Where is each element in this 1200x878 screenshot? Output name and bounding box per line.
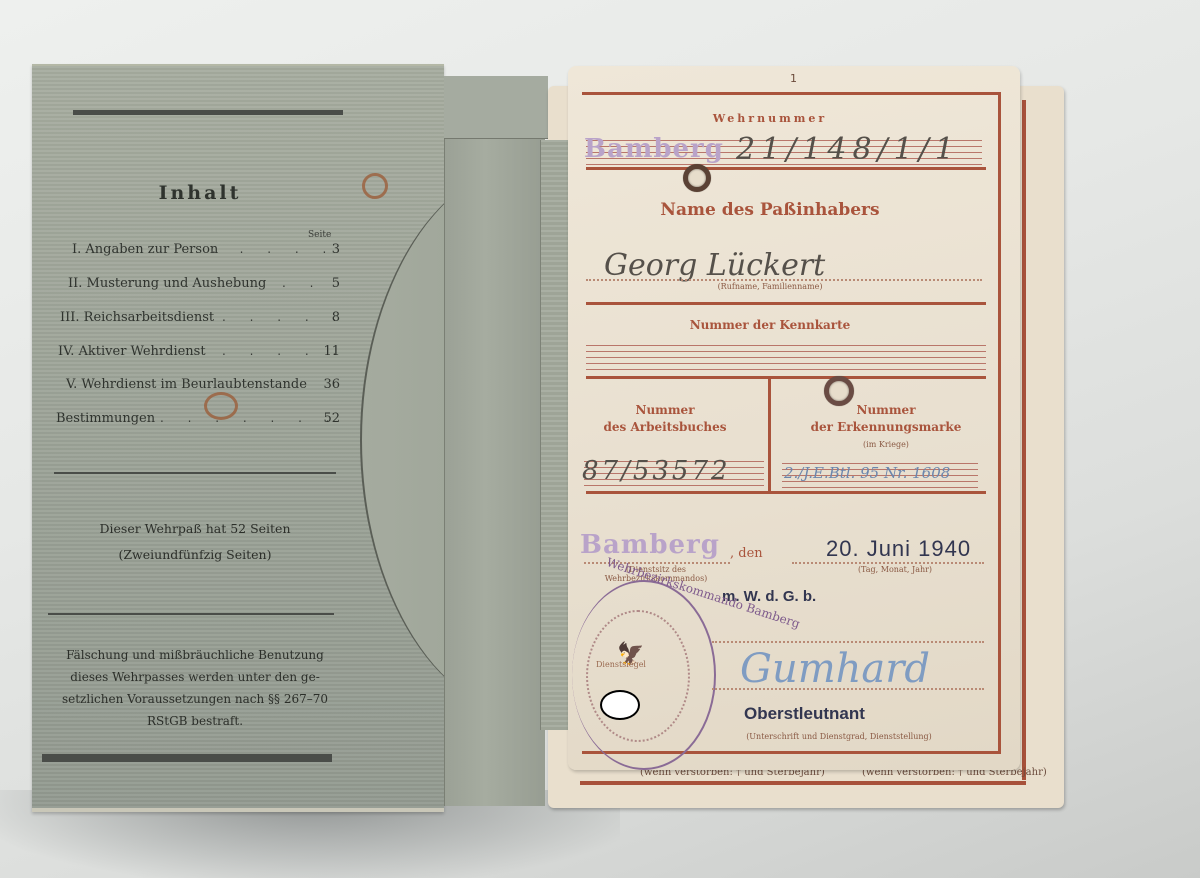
arbeitsbuch-label: Nummer des Arbeitsbuches — [590, 402, 740, 436]
divider-rule — [54, 472, 336, 474]
underlying-page-bottom-rule — [580, 781, 1026, 785]
official-seal-inner-ring — [586, 610, 690, 742]
warning-line3: setzlichen Voraussetzungen nach §§ 267–7… — [50, 688, 340, 710]
kennkarte-label: Nummer der Kennkarte — [660, 318, 880, 332]
toc-page-number: 5 — [310, 276, 340, 291]
eyelet-rivet — [683, 164, 711, 192]
arbeitsbuch-label-line2: des Arbeitsbuches — [590, 419, 740, 436]
rule — [586, 376, 986, 379]
arbeitsbuch-value: 87/53572 — [582, 456, 731, 486]
toc-page-number: 8 — [310, 310, 340, 325]
bottom-rule — [42, 754, 332, 762]
issued-place-stamp: Bamberg — [580, 530, 720, 560]
issued-date-value: 20. Juni 1940 — [826, 536, 971, 562]
erkennungsmarke-value: 2./J.E.Btl. 95 Nr. 1608 — [784, 464, 950, 482]
warning-line2: dieses Wehrpasses werden unter den ge- — [50, 666, 340, 688]
signature-caption: (Unterschrift und Dienstgrad, Dienststel… — [736, 732, 942, 741]
column-divider — [768, 378, 771, 494]
rule — [586, 491, 986, 494]
page-count-note-line2: (Zweiundfünfzig Seiten) — [50, 544, 340, 566]
toc-entry: Bestimmungen — [56, 411, 155, 426]
page-count-note-line1: Dieser Wehrpaß hat 52 Seiten — [50, 518, 340, 540]
rule — [586, 167, 986, 170]
toc-title: Inhalt — [120, 182, 280, 204]
censor-oval — [600, 690, 640, 720]
kennkarte-ruled-field[interactable] — [586, 340, 986, 372]
erkennungsmarke-label: Nummer der Erkennungsmarke — [796, 402, 976, 436]
name-caption: (Rufname, Familienname) — [700, 282, 840, 291]
den-label: , den — [730, 546, 763, 561]
wehrnummer-value: 21/148/1/1 — [736, 132, 960, 167]
top-rule — [73, 110, 343, 115]
toc-page-number: 52 — [310, 411, 340, 426]
erkennungsmarke-label-line1: Nummer — [796, 402, 976, 419]
toc-entry: I. Angaben zur Person — [72, 242, 218, 257]
spine-top-flap — [444, 76, 548, 139]
toc-page-number: 11 — [310, 344, 340, 359]
toc-entry: V. Wehrdienst im Beurlaubtenstande — [66, 377, 307, 392]
seal-inner-label: Dienstsiegel — [586, 660, 656, 669]
signature-dotted-line-1 — [712, 641, 984, 643]
eyelet-rivet — [824, 376, 854, 406]
underlying-page-border — [1022, 100, 1026, 780]
page-number: 1 — [790, 72, 797, 85]
erkennungsmarke-label-line2: der Erkennungsmarke — [796, 419, 976, 436]
toc-entry: IV. Aktiver Wehrdienst — [58, 344, 206, 359]
signature-value: Gumhard — [740, 646, 930, 692]
signatory-rank: Oberstleutnant — [744, 704, 865, 724]
wehrnummer-place-stamp: Bamberg — [584, 134, 724, 164]
arbeitsbuch-label-line1: Nummer — [590, 402, 740, 419]
toc-entry: II. Musterung und Aushebung — [68, 276, 266, 291]
rust-stain-ring — [204, 392, 238, 420]
warning-line4: RStGB bestraft. — [50, 710, 340, 732]
toc-page-number: 36 — [310, 377, 340, 392]
warning-line1: Fälschung und mißbräuchliche Benutzung — [50, 644, 340, 666]
holder-name-value: Georg Lückert — [604, 248, 825, 283]
name-dotted-line — [586, 279, 982, 281]
date-dotted-line — [792, 562, 984, 564]
toc-page-number: 3 — [310, 242, 340, 257]
toc-entry: III. Reichsarbeitsdienst — [60, 310, 214, 325]
name-label: Name des Paßinhabers — [640, 200, 900, 220]
wehrnummer-label: Wehrnummer — [700, 112, 840, 125]
divider-rule — [48, 613, 334, 615]
date-caption: (Tag, Monat, Jahr) — [840, 565, 950, 574]
toc-page-column-label: Seite — [308, 230, 331, 240]
erkennungsmarke-caption: (im Kriege) — [856, 440, 916, 449]
book-spine — [444, 76, 545, 806]
rule — [586, 302, 986, 305]
rust-stain-ring — [362, 173, 388, 199]
